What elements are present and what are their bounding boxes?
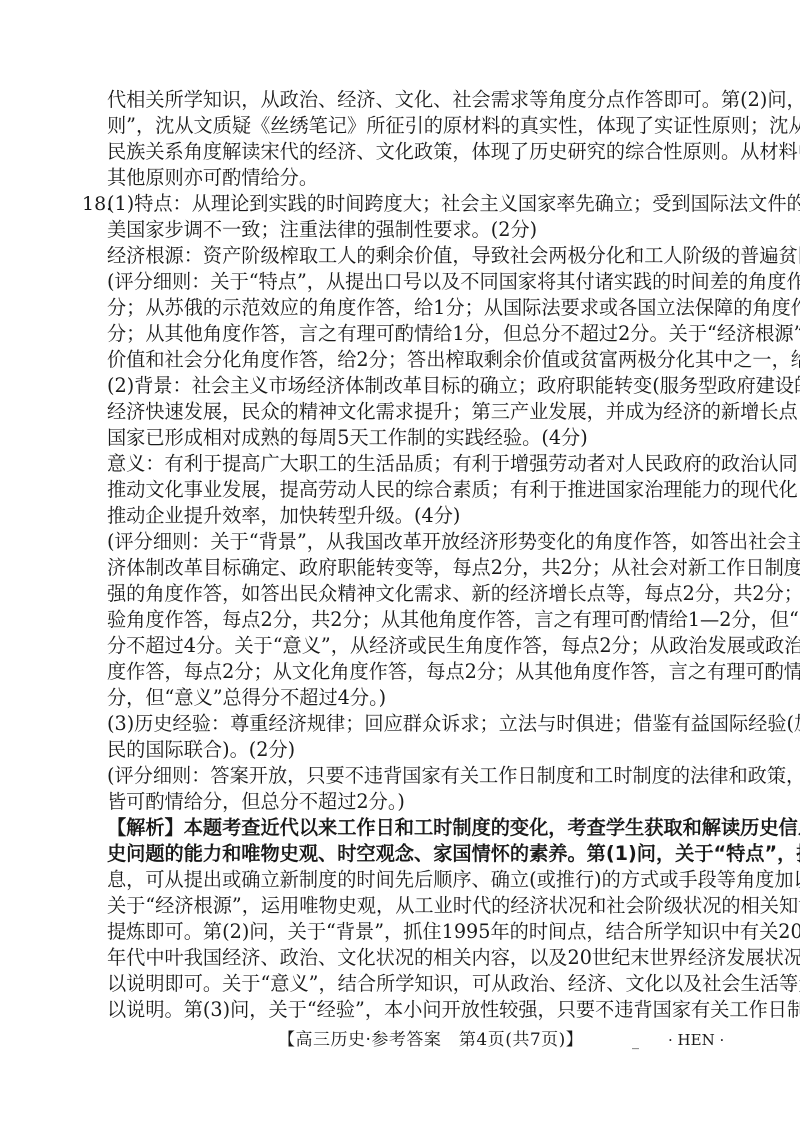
footer-dash: _ <box>632 1030 639 1054</box>
q3-line: (3)历史经验：尊重经济规律；回应群众诉求；立法与时俱进；借鉴有益国际经验(加强… <box>107 711 720 737</box>
q1-scoring-line: 分；从其他角度作答，言之有理可酌情给1分，但总分不超过2分。关于“经济根源”，从… <box>107 321 720 347</box>
analysis-line: 以说明即可。关于“意义”，结合所学知识，可从政治、经济、文化以及社会生活等角度分… <box>107 971 720 997</box>
document-page: 代相关所学知识，从政治、经济、文化、社会需求等角度分点作答即可。第(2)问，关于… <box>0 0 800 1132</box>
q2-significance-line: 推动文化事业发展，提高劳动人民的综合素质；有利于推进国家治理能力的现代化；有利于 <box>107 477 720 503</box>
q2-scoring-line: 度作答，每点2分；从文化角度作答，每点2分；从其他角度作答，言之有理可酌情给1—… <box>107 659 720 685</box>
q3-scoring-line: (评分细则：答案开放，只要不违背国家有关工作日制度和工时制度的法律和政策，言之有… <box>107 763 720 789</box>
q1-scoring-line: 价值和社会分化角度作答，给2分；答出榨取剩余价值或贫富两极分化其中之一，给1分。… <box>107 347 720 373</box>
q2-scoring-line: (评分细则：关于“背景”，从我国改革开放经济形势变化的角度作答，如答出社会主义市… <box>107 529 720 555</box>
q1-features-line: 美国家步调不一致；注重法律的强制性要求。(2分) <box>107 217 720 243</box>
q2-background-line: 国家已形成相对成熟的每周5天工作制的实践经验。(4分) <box>107 425 720 451</box>
footer-title: 【高三历史·参考答案 第4页(共7页)】 <box>278 1028 583 1052</box>
analysis-line: 年代中叶我国经济、政治、文化状况的相关内容，以及20世纪末世界经济发展状况，分点… <box>107 945 720 971</box>
analysis-line: 【解析】本题考查近代以来工作日和工时制度的变化，考查学生获取和解读历史信息、分析… <box>107 815 720 841</box>
q2-scoring-line: 强的角度作答，如答出民众精神文化需求、新的经济增长点等，每点2分，共2分；从国际… <box>107 581 720 607</box>
q1-scoring-line: (评分细则：关于“特点”，从提出口号以及不同国家将其付诸实践的时间差的角度作答，… <box>107 269 720 295</box>
analysis-line: 以说明。第(3)问，关于“经验”，本小问开放性较强，只要不违背国家有关工作日制度… <box>107 997 720 1023</box>
q3-line: 民的国际联合)。(2分) <box>107 737 720 763</box>
analysis-line: 关于“经济根源”，运用唯物史观，从工业时代的经济状况和社会阶级状况的相关知识中进… <box>107 893 720 919</box>
q2-significance-line: 意义：有利于提高广大职工的生活品质；有利于增强劳动者对人民政府的政治认同；有利于 <box>107 451 720 477</box>
intro-line: 代相关所学知识，从政治、经济、文化、社会需求等角度分点作答即可。第(2)问，关于… <box>107 87 720 113</box>
analysis-line: 史问题的能力和唯物史观、时空观念、家国情怀的素养。第(1)问，关于“特点”，提取… <box>107 841 720 867</box>
q1-economic-root: 经济根源：资产阶级榨取工人的剩余价值，导致社会两极分化和工人阶级的普遍贫困。(2… <box>107 243 720 269</box>
q2-scoring-line: 分不超过4分。关于“意义”，从经济或民生角度作答，每点2分；从政治发展或政治认同… <box>107 633 720 659</box>
q2-scoring-line: 验角度作答，每点2分，共2分；从其他角度作答，言之有理可酌情给1—2分，但“背景… <box>107 607 720 633</box>
q2-scoring-line: 济体制改革目标确定、政府职能转变等，每点2分，共2分；从社会对新工作日制度的需求… <box>107 555 720 581</box>
q3-scoring-line: 皆可酌情给分，但总分不超过2分。) <box>107 789 720 815</box>
intro-line: 其他原则亦可酌情给分。 <box>107 165 720 191</box>
intro-line: 则”，沈从文质疑《丝绣笔记》所征引的原材料的真实性，体现了实证性原则；沈从文从政… <box>107 113 720 139</box>
analysis-line: 提炼即可。第(2)问，关于“背景”，抓住1995年的时间点，结合所学知识中有关2… <box>107 919 720 945</box>
q2-scoring-line: 分，但“意义”总得分不超过4分。) <box>107 685 720 711</box>
footer-code: · HEN · <box>668 1028 724 1052</box>
q1-scoring-line: 分；从苏俄的示范效应的角度作答，给1分；从国际法要求或各国立法保障的角度作答，给… <box>107 295 720 321</box>
q2-background-line: (2)背景：社会主义市场经济体制改革目标的确立；政府职能转变(服务型政府建设的加… <box>107 373 720 399</box>
q2-significance-line: 推动企业提升效率，加快转型升级。(4分) <box>107 503 720 529</box>
intro-line: 民族关系角度解读宋代的经济、文化政策，体现了历史研究的综合性原则。从材料中解读出 <box>107 139 720 165</box>
analysis-line: 息，可从提出或确立新制度的时间先后顺序、确立(或推行)的方式或手段等角度加以概括… <box>107 867 720 893</box>
q2-background-line: 经济快速发展，民众的精神文化需求提升；第三产业发展，并成为经济的新增长点；主要发… <box>107 399 720 425</box>
q1-features-line: (1)特点：从理论到实践的时间跨度大；社会主义国家率先确立；受到国际法文件的推动… <box>107 191 720 217</box>
